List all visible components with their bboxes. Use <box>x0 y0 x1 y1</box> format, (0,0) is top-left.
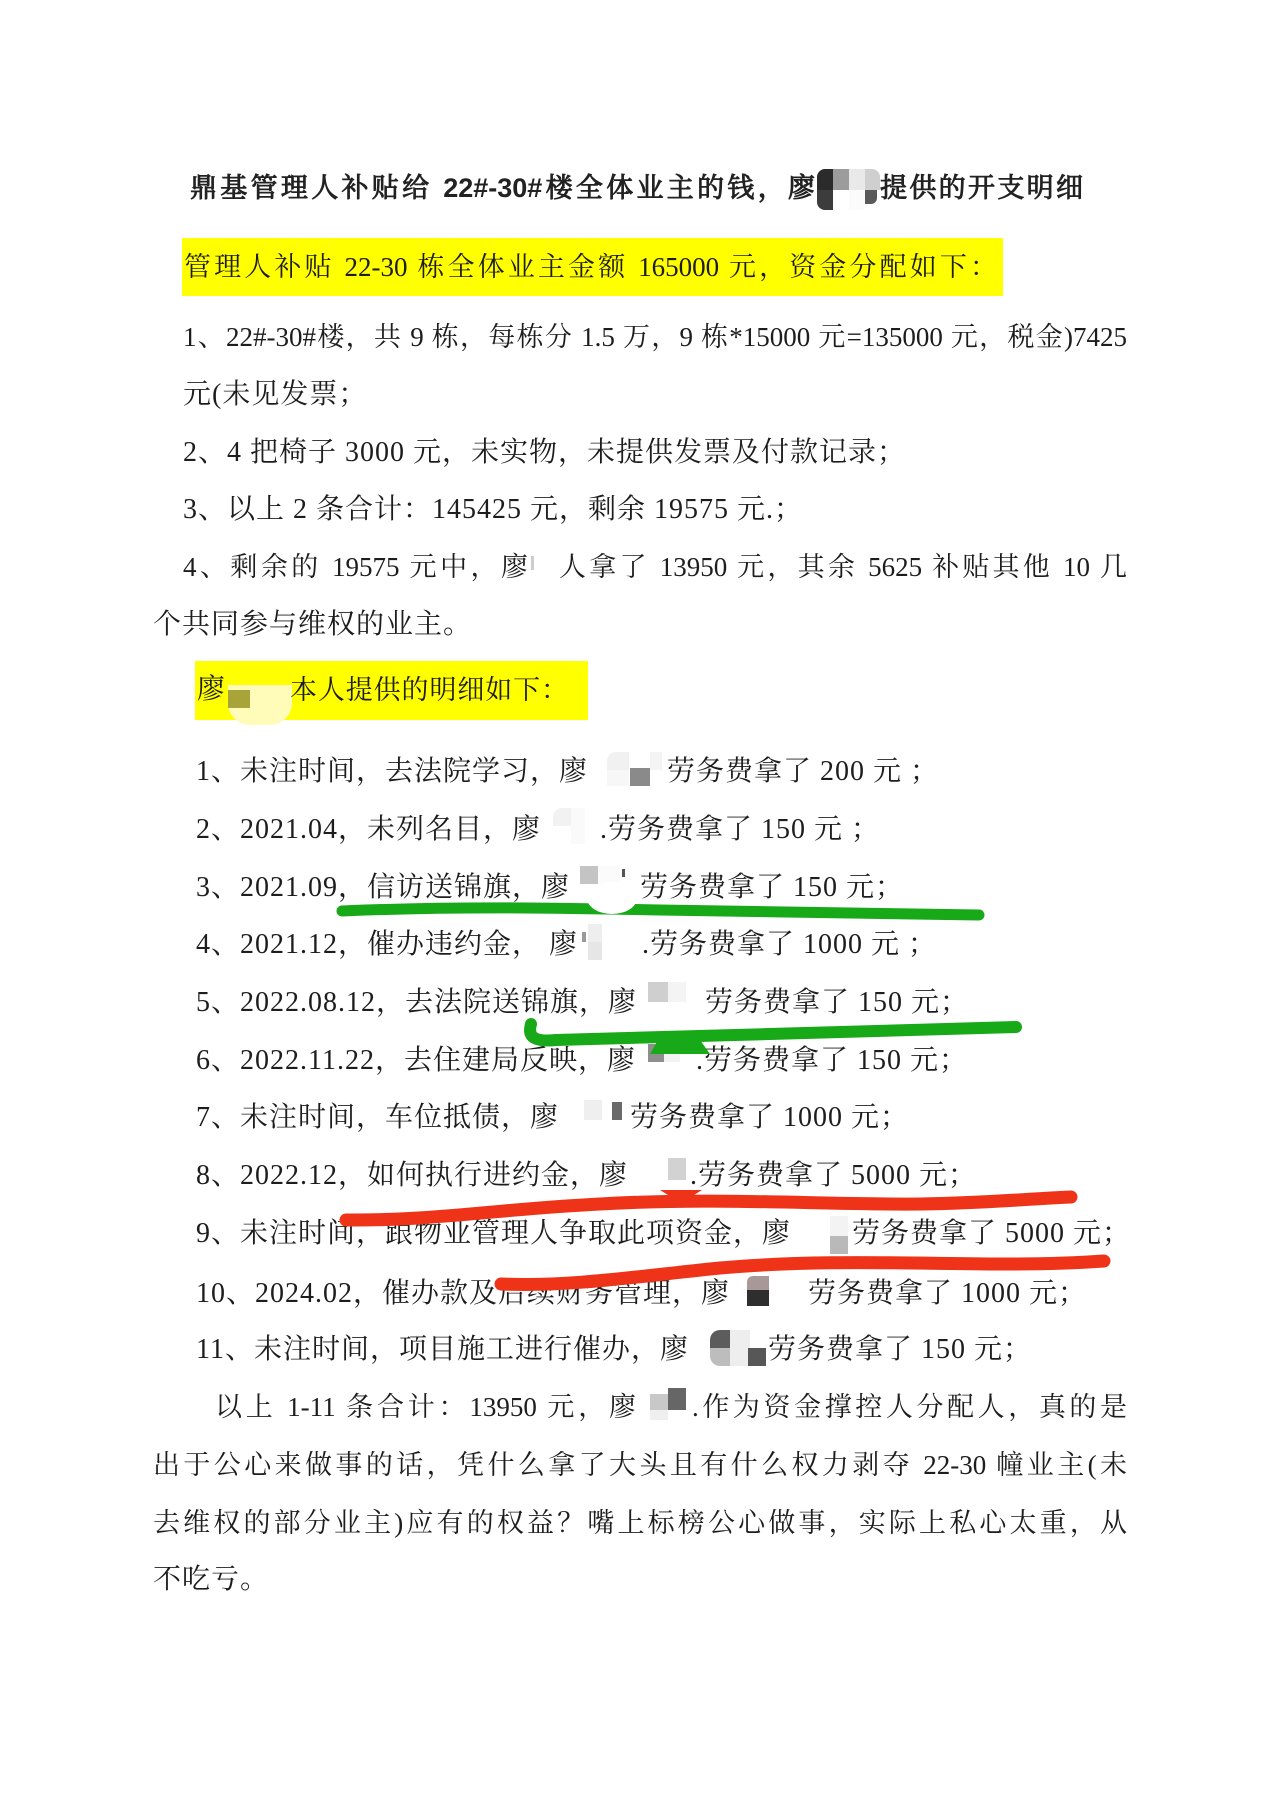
detail-item-11-part-2: 劳务费拿了 150 元； <box>768 1333 1032 1367</box>
allocation-item-1-line-1: 1、22#-30#楼，共 9 栋，每栋分 1.5 万，9 栋*15000 元=1… <box>183 320 1127 354</box>
detail-item-4-part-2: .劳务费拿了 1000 元 ； <box>642 928 937 962</box>
green-underline-2 <box>530 1024 1016 1040</box>
allocation-item-4-part-1: 4、剩余的 19575 元中，廖 <box>183 550 528 584</box>
allocation-item-3: 3、以上 2 条合计：145425 元，剩余 19575 元.； <box>183 493 803 527</box>
redaction-mosaic <box>830 1216 850 1254</box>
detail-item-6-part-2: .劳务费拿了 150 元； <box>696 1044 968 1078</box>
heading-details-part-1: 廖 <box>197 673 226 707</box>
detail-item-1-part-1: 1、未注时间，去法院学习，廖 <box>196 755 588 789</box>
heading-details-part-2: 本人提供的明细如下： <box>290 673 568 707</box>
redaction-mosaic <box>228 677 292 725</box>
detail-item-3-part-2: 劳务费拿了 150 元； <box>640 871 904 905</box>
summary-line-4: 不吃亏。 <box>153 1563 269 1597</box>
redaction-mosaic <box>710 1330 768 1368</box>
document-title-part-1: 鼎基管理人补贴给 22#-30#楼全体业主的钱，廖 <box>190 171 815 205</box>
redaction-mosaic <box>605 752 665 788</box>
redaction-mosaic <box>582 924 622 962</box>
detail-item-2-part-2: .劳务费拿了 150 元 ； <box>600 813 880 847</box>
detail-item-9-part-2: 劳务费拿了 5000 元； <box>852 1217 1131 1251</box>
redaction-mosaic <box>668 1158 688 1180</box>
redaction-mosaic <box>584 1100 624 1122</box>
heading-text: 管理人补贴 22-30 栋全体业主金额 165000 元，资金分配如下： <box>184 250 997 284</box>
redaction-mark <box>531 556 535 570</box>
document-page: 鼎基管理人补贴给 22#-30#楼全体业主的钱，廖 提供的开支明细 管理人补贴 … <box>0 0 1279 1810</box>
allocation-item-2: 2、4 把椅子 3000 元，未实物，未提供发票及付款记录； <box>183 436 906 470</box>
redaction-mosaic <box>553 808 587 844</box>
detail-item-7-part-2: 劳务费拿了 1000 元； <box>630 1101 909 1135</box>
redaction-mosaic <box>650 1388 690 1422</box>
document-title-part-2: 提供的开支明细 <box>880 171 1083 205</box>
redaction-mosaic <box>817 169 880 210</box>
summary-line-1-part-2: .作为资金撑控人分配人，真的是 <box>692 1390 1127 1424</box>
redaction-mosaic <box>580 866 630 902</box>
allocation-item-1-line-2: 元(未见发票； <box>183 378 367 412</box>
detail-item-11-part-1: 11、未注时间，项目施工进行催办，廖 <box>196 1333 689 1367</box>
detail-item-10-part-1: 10、2024.02，催办款及后续财务管理，廖 <box>196 1277 730 1311</box>
redaction-mosaic <box>648 982 688 1002</box>
detail-item-9-part-1: 9、未注时间，跟物业管理人争取此项资金，廖 <box>196 1217 791 1251</box>
detail-item-10-part-2: 劳务费拿了 1000 元； <box>808 1277 1087 1311</box>
detail-item-8-part-1: 8、2022.12，如何执行进约金，廖 <box>196 1159 628 1193</box>
detail-item-7-part-1: 7、未注时间，车位抵债，廖 <box>196 1101 559 1135</box>
allocation-item-4-part-2: 人拿了 13950 元，其余 5625 补贴其他 10 几 <box>559 550 1127 584</box>
detail-item-2-part-1: 2、2021.04，未列名目，廖 <box>196 813 541 847</box>
redaction-mosaic <box>747 1276 771 1306</box>
detail-item-3-part-1: 3、2021.09，信访送锦旗，廖 <box>196 871 570 905</box>
summary-line-2: 出于公心来做事的话，凭什么拿了大头且有什么权力剥夺 22-30 幢业主(未 <box>153 1448 1127 1482</box>
detail-item-8-part-2: .劳务费拿了 5000 元； <box>690 1159 977 1193</box>
detail-item-5-part-1: 5、2022.08.12，去法院送锦旗，廖 <box>196 986 637 1020</box>
highlighted-heading-allocation: 管理人补贴 22-30 栋全体业主金额 165000 元，资金分配如下： <box>182 238 1003 296</box>
detail-item-4-part-1: 4、2021.12，催办违约金， 廖 <box>196 928 578 962</box>
summary-line-1-part-1: 以上 1-11 条合计：13950 元，廖 <box>215 1390 636 1424</box>
detail-item-5-part-2: 劳务费拿了 150 元； <box>705 986 969 1020</box>
green-underline-1 <box>342 908 979 915</box>
detail-item-1-part-2: 劳务费拿了 200 元 ； <box>667 755 939 789</box>
redaction-mosaic <box>648 1044 682 1064</box>
summary-line-3: 去维权的部分业主)应有的权益？嘴上标榜公心做事，实际上私心太重，从 <box>153 1506 1127 1540</box>
detail-item-6-part-1: 6、2022.11.22，去住建局反映，廖 <box>196 1044 636 1078</box>
allocation-item-4-continuation: 个共同参与维权的业主。 <box>153 608 472 642</box>
